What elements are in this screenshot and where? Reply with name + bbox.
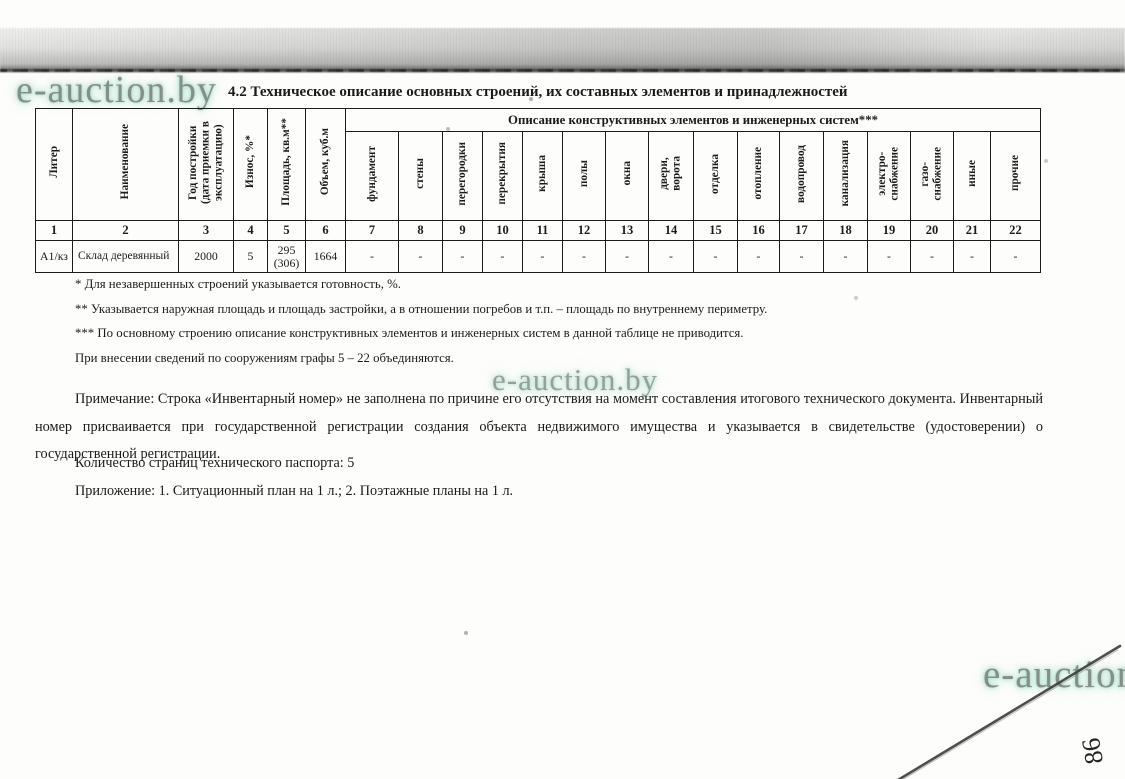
footnote-line: * Для незавершенных строений указывается… — [75, 272, 767, 297]
header-label-17: водопровод — [795, 145, 808, 203]
column-number-22: 22 — [991, 221, 1041, 241]
data-cell-16: - — [738, 241, 780, 273]
data-cell-9: - — [443, 241, 483, 273]
footnote-line: ** Указывается наружная площадь и площад… — [75, 297, 767, 322]
header-cell-19: электро- снабжение — [868, 132, 911, 221]
footnote-line: *** По основному строению описание конст… — [75, 321, 767, 346]
data-cell-22: - — [991, 241, 1041, 273]
header-cell-3: Год постройки (дата приемки в эксплуатац… — [179, 109, 234, 221]
header-cell-21: иные — [954, 132, 991, 221]
header-cell-22: прочие — [991, 132, 1041, 221]
header-label-6: Объем, куб.м — [319, 128, 332, 195]
data-cell-3: 2000 — [179, 241, 234, 273]
scanned-document-page: e-auction.by 4.2 Техническое описание ос… — [0, 0, 1125, 779]
table-row: А1/кзСклад деревянный20005295 (306)1664-… — [36, 241, 1041, 273]
watermark-bottom-right: e-auction — [983, 652, 1125, 697]
data-cell-13: - — [606, 241, 649, 273]
watermark-top-left: e-auction.by — [16, 68, 217, 112]
column-number-18: 18 — [824, 221, 868, 241]
header-cell-15: отделка — [694, 132, 738, 221]
data-cell-21: - — [954, 241, 991, 273]
header-label-16: отопление — [752, 147, 765, 199]
header-label-11: крыша — [536, 155, 549, 192]
header-label-1: Литер — [48, 146, 61, 178]
column-number-14: 14 — [649, 221, 694, 241]
column-number-15: 15 — [694, 221, 738, 241]
data-cell-18: - — [824, 241, 868, 273]
header-label-21: иные — [966, 160, 979, 187]
scan-noise-band — [0, 28, 1125, 73]
data-cell-19: - — [868, 241, 911, 273]
column-number-4: 4 — [234, 221, 268, 241]
header-label-19: электро- снабжение — [876, 147, 901, 201]
data-cell-11: - — [523, 241, 563, 273]
column-number-17: 17 — [780, 221, 824, 241]
data-cell-1: А1/кз — [36, 241, 73, 273]
column-number-19: 19 — [868, 221, 911, 241]
scan-specks — [0, 0, 2, 2]
pages-count-line: Количество страниц технического паспорта… — [75, 455, 354, 472]
header-cell-5: Площадь, кв.м** — [268, 109, 306, 221]
column-number-16: 16 — [738, 221, 780, 241]
data-cell-12: - — [563, 241, 606, 273]
header-cell-4: Износ, %* — [234, 109, 268, 221]
header-label-9: перегородки — [456, 142, 469, 206]
header-cell-1: Литер — [36, 109, 73, 221]
header-label-7: фундамент — [366, 146, 379, 202]
header-label-15: отделка — [709, 154, 722, 194]
column-number-5: 5 — [268, 221, 306, 241]
page-number: 86 — [1076, 736, 1110, 767]
data-cell-7: - — [346, 241, 399, 273]
data-cell-10: - — [483, 241, 523, 273]
column-number-13: 13 — [606, 221, 649, 241]
data-cell-14: - — [649, 241, 694, 273]
header-cell-10: перекрытия — [483, 132, 523, 221]
technical-description-table: ЛитерНаименованиеГод постройки (дата при… — [35, 108, 1041, 273]
header-cell-9: перегородки — [443, 132, 483, 221]
header-label-12: полы — [578, 160, 591, 187]
data-cell-5: 295 (306) — [268, 241, 306, 273]
header-cell-14: двери, ворота — [649, 132, 694, 221]
header-cell-12: полы — [563, 132, 606, 221]
header-cell-18: канализация — [824, 132, 868, 221]
data-cell-4: 5 — [234, 241, 268, 273]
header-cell-16: отопление — [738, 132, 780, 221]
header-cell-8: стены — [399, 132, 443, 221]
header-label-13: окна — [621, 161, 634, 185]
data-cell-15: - — [694, 241, 738, 273]
footnotes: * Для незавершенных строений указывается… — [75, 272, 767, 370]
data-cell-8: - — [399, 241, 443, 273]
header-cell-20: газо- снабжение — [911, 132, 954, 221]
data-cell-20: - — [911, 241, 954, 273]
header-label-14: двери, ворота — [658, 156, 683, 191]
header-label-2: Наименование — [119, 124, 132, 199]
header-label-4: Износ, %* — [244, 135, 257, 188]
column-number-1: 1 — [36, 221, 73, 241]
column-number-3: 3 — [179, 221, 234, 241]
data-cell-17: - — [780, 241, 824, 273]
header-label-20: газо- снабжение — [919, 147, 944, 201]
column-number-10: 10 — [483, 221, 523, 241]
data-cell-2: Склад деревянный — [73, 241, 179, 273]
column-number-9: 9 — [443, 221, 483, 241]
data-cell-6: 1664 — [306, 241, 346, 273]
header-label-18: канализация — [839, 140, 852, 206]
header-cell-13: окна — [606, 132, 649, 221]
column-number-6: 6 — [306, 221, 346, 241]
header-cell-6: Объем, куб.м — [306, 109, 346, 221]
column-number-21: 21 — [954, 221, 991, 241]
header-label-5: Площадь, кв.м** — [280, 118, 293, 206]
column-number-20: 20 — [911, 221, 954, 241]
header-label-10: перекрытия — [496, 142, 509, 205]
header-cell-2: Наименование — [73, 109, 179, 221]
column-number-8: 8 — [399, 221, 443, 241]
header-cell-11: крыша — [523, 132, 563, 221]
header-label-8: стены — [414, 158, 427, 189]
header-label-22: прочие — [1009, 155, 1022, 191]
section-title: 4.2 Техническое описание основных строен… — [228, 84, 948, 101]
group-header-cell: Описание конструктивных элементов и инже… — [346, 109, 1041, 132]
header-cell-7: фундамент — [346, 132, 399, 221]
header-label-3: Год постройки (дата приемки в эксплуатац… — [187, 121, 225, 204]
column-number-2: 2 — [73, 221, 179, 241]
column-number-11: 11 — [523, 221, 563, 241]
column-number-12: 12 — [563, 221, 606, 241]
header-cell-17: водопровод — [780, 132, 824, 221]
column-number-7: 7 — [346, 221, 399, 241]
footnote-line: При внесении сведений по сооружениям гра… — [75, 346, 767, 371]
attachment-line: Приложение: 1. Ситуационный план на 1 л.… — [75, 483, 513, 500]
